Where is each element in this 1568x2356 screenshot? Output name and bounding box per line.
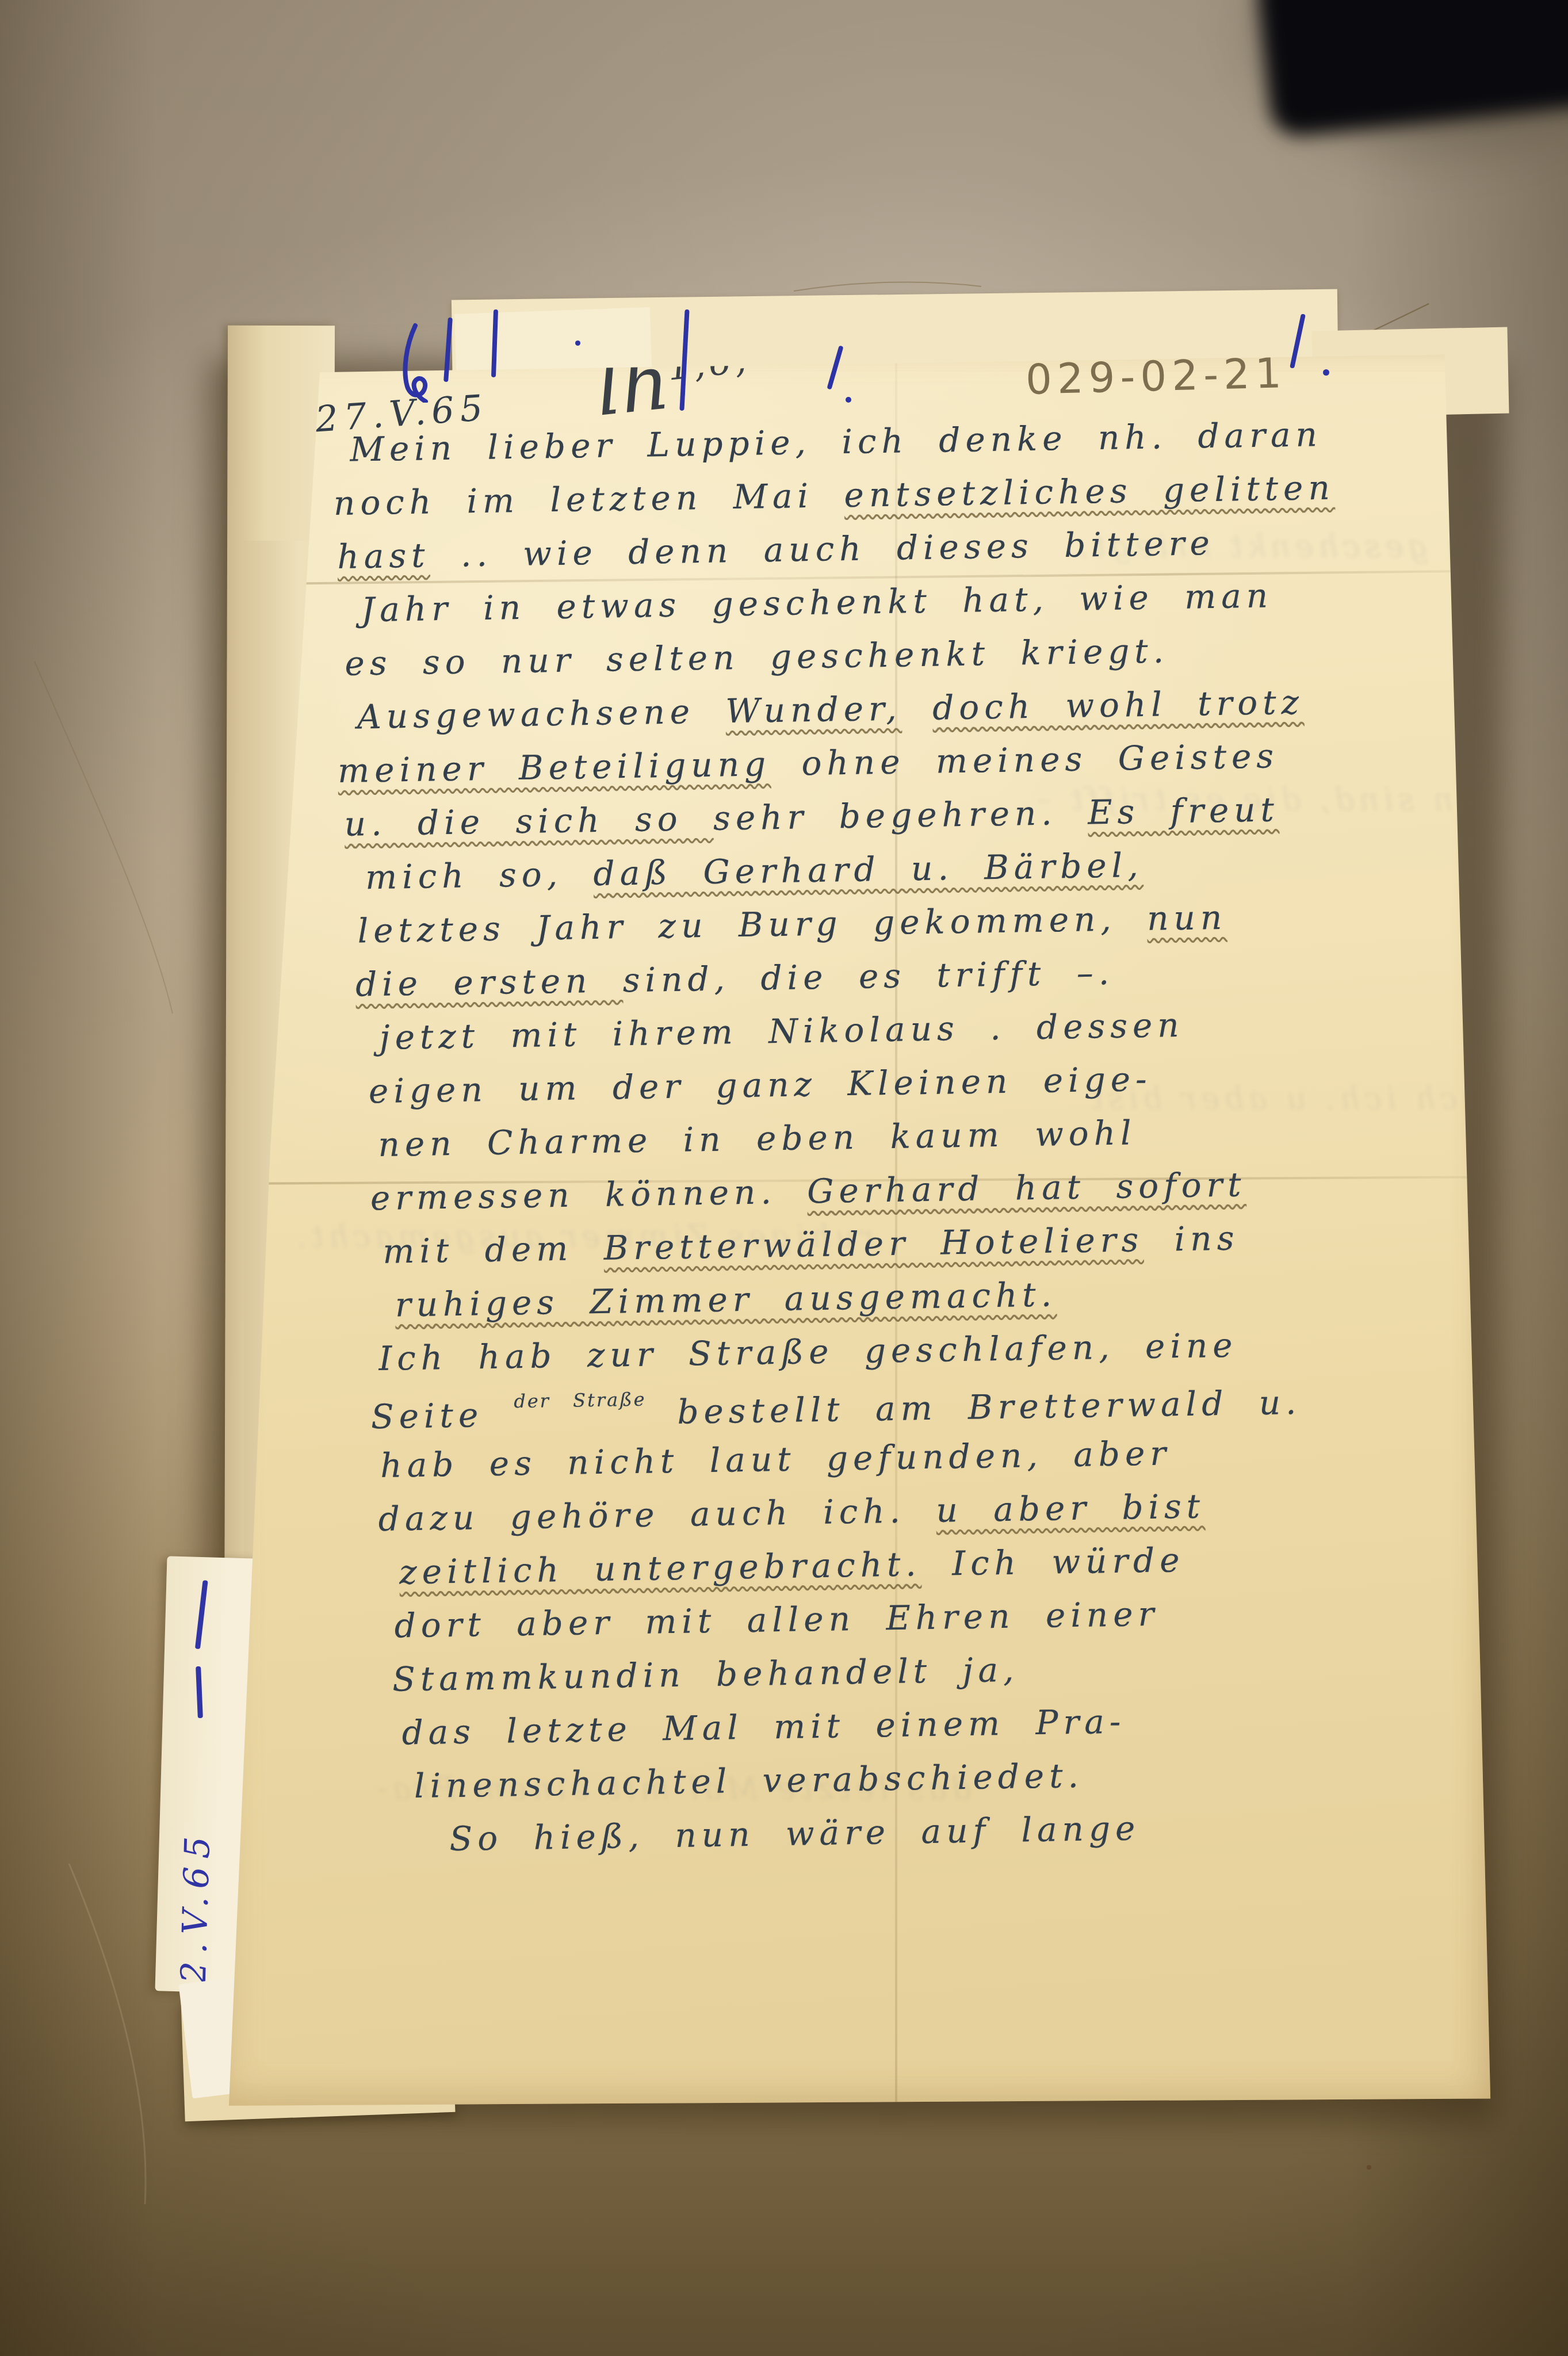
photo-scene: 2.V.65 27.V.65 lh1,6, 029-02-21 Mein lie… bbox=[0, 0, 1568, 2356]
ghost-text: ruhiges Zimmer ausgemacht. bbox=[292, 1218, 875, 1255]
letter-body: Mein lieber Luppie, ich denke nh. darann… bbox=[332, 412, 1500, 1875]
blue-pen-stroke bbox=[196, 1666, 203, 1718]
letter-page: 27.V.65 lh1,6, 029-02-21 Mein lieber Lup… bbox=[223, 344, 1496, 2111]
blue-squiggle-mark bbox=[396, 322, 436, 405]
blue-pen-stroke bbox=[195, 1580, 208, 1649]
blue-dot-mark bbox=[1323, 369, 1329, 376]
ghost-text: das letzte Mal mit einem Pra- bbox=[373, 1770, 971, 1807]
side-sheet-date: 2.V.65 bbox=[174, 1829, 218, 1984]
blue-dot-mark bbox=[846, 397, 851, 403]
blue-dot-mark bbox=[575, 341, 580, 346]
